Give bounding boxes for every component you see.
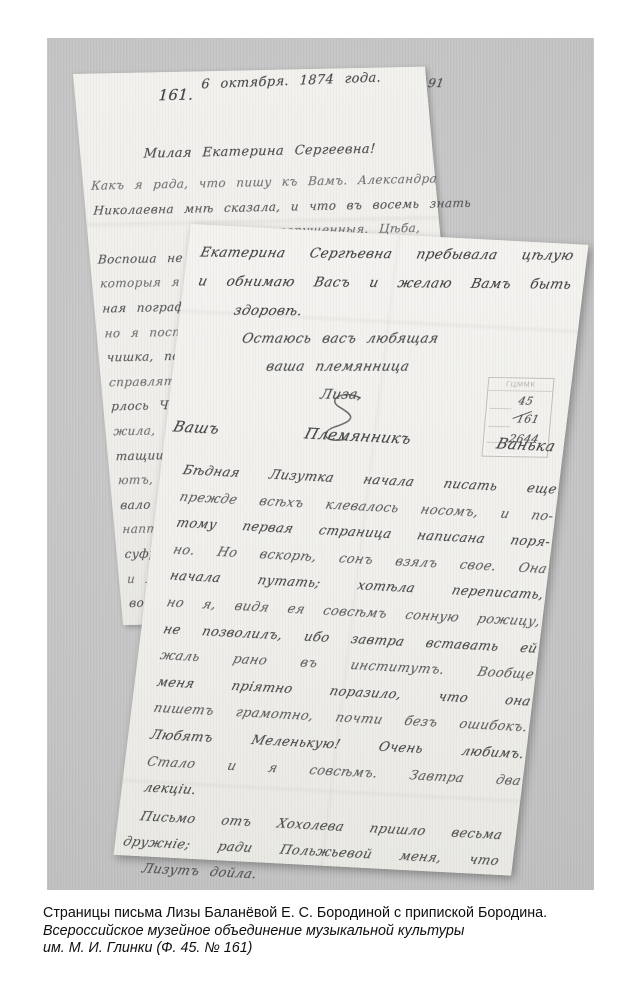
letter-salutation: Милая Екатерина Сергеевна! — [143, 142, 376, 162]
handwritten-line: здоровѣ. — [192, 296, 572, 328]
plate-caption: Страницы письма Лизы Баланёвой Е. С. Бор… — [43, 905, 588, 958]
stamp-unit-number: 161 — [515, 412, 540, 425]
caption-title: Страницы письма Лизы Баланёвой Е. С. Бор… — [43, 905, 588, 923]
letter-date: 6 октября. 1874 года. — [201, 70, 382, 92]
handwritten-line: и обнимаю Васъ и желаю Вамъ быть — [195, 267, 575, 299]
letter-page-2: Екатерина Сергѣевна пребывала цѣлуюи обн… — [114, 224, 589, 876]
stamp-fond-number: 45 — [517, 394, 535, 407]
caption-source-line2: им. М. И. Глинки (Ф. 45. № 161) — [43, 940, 588, 958]
caption-source-line1: Всероссийское музейное объединение музык… — [43, 923, 588, 941]
stamp-rule — [487, 442, 509, 443]
handwritten-line: Остаюсь васъ любящая — [239, 325, 496, 353]
stamp-rule — [490, 408, 512, 409]
handwritten-line: Екатерина Сергѣевна пребывала цѣлую — [197, 238, 577, 270]
handwritten-line: ваша племянница — [237, 353, 494, 381]
stamp-rule — [488, 426, 510, 427]
stamp-inventory-number: 2644 — [508, 432, 541, 445]
closing-address: Екатерина Сергѣевна пребывала цѣлуюи обн… — [192, 238, 572, 328]
letters-photograph: 191 161. 6 октября. 1874 года. Милая Ека… — [47, 38, 594, 890]
archive-number: 161. — [158, 85, 194, 104]
museum-stamp: ГЦММК 45 161 2644 — [481, 377, 554, 458]
page2-handwriting: Бѣдная Лизутка начала писать ещепрежде в… — [140, 458, 556, 822]
book-page: { "colors": { "photo_background": "#c3c3… — [0, 0, 630, 1000]
stamp-header-text: ГЦММК — [488, 381, 553, 392]
